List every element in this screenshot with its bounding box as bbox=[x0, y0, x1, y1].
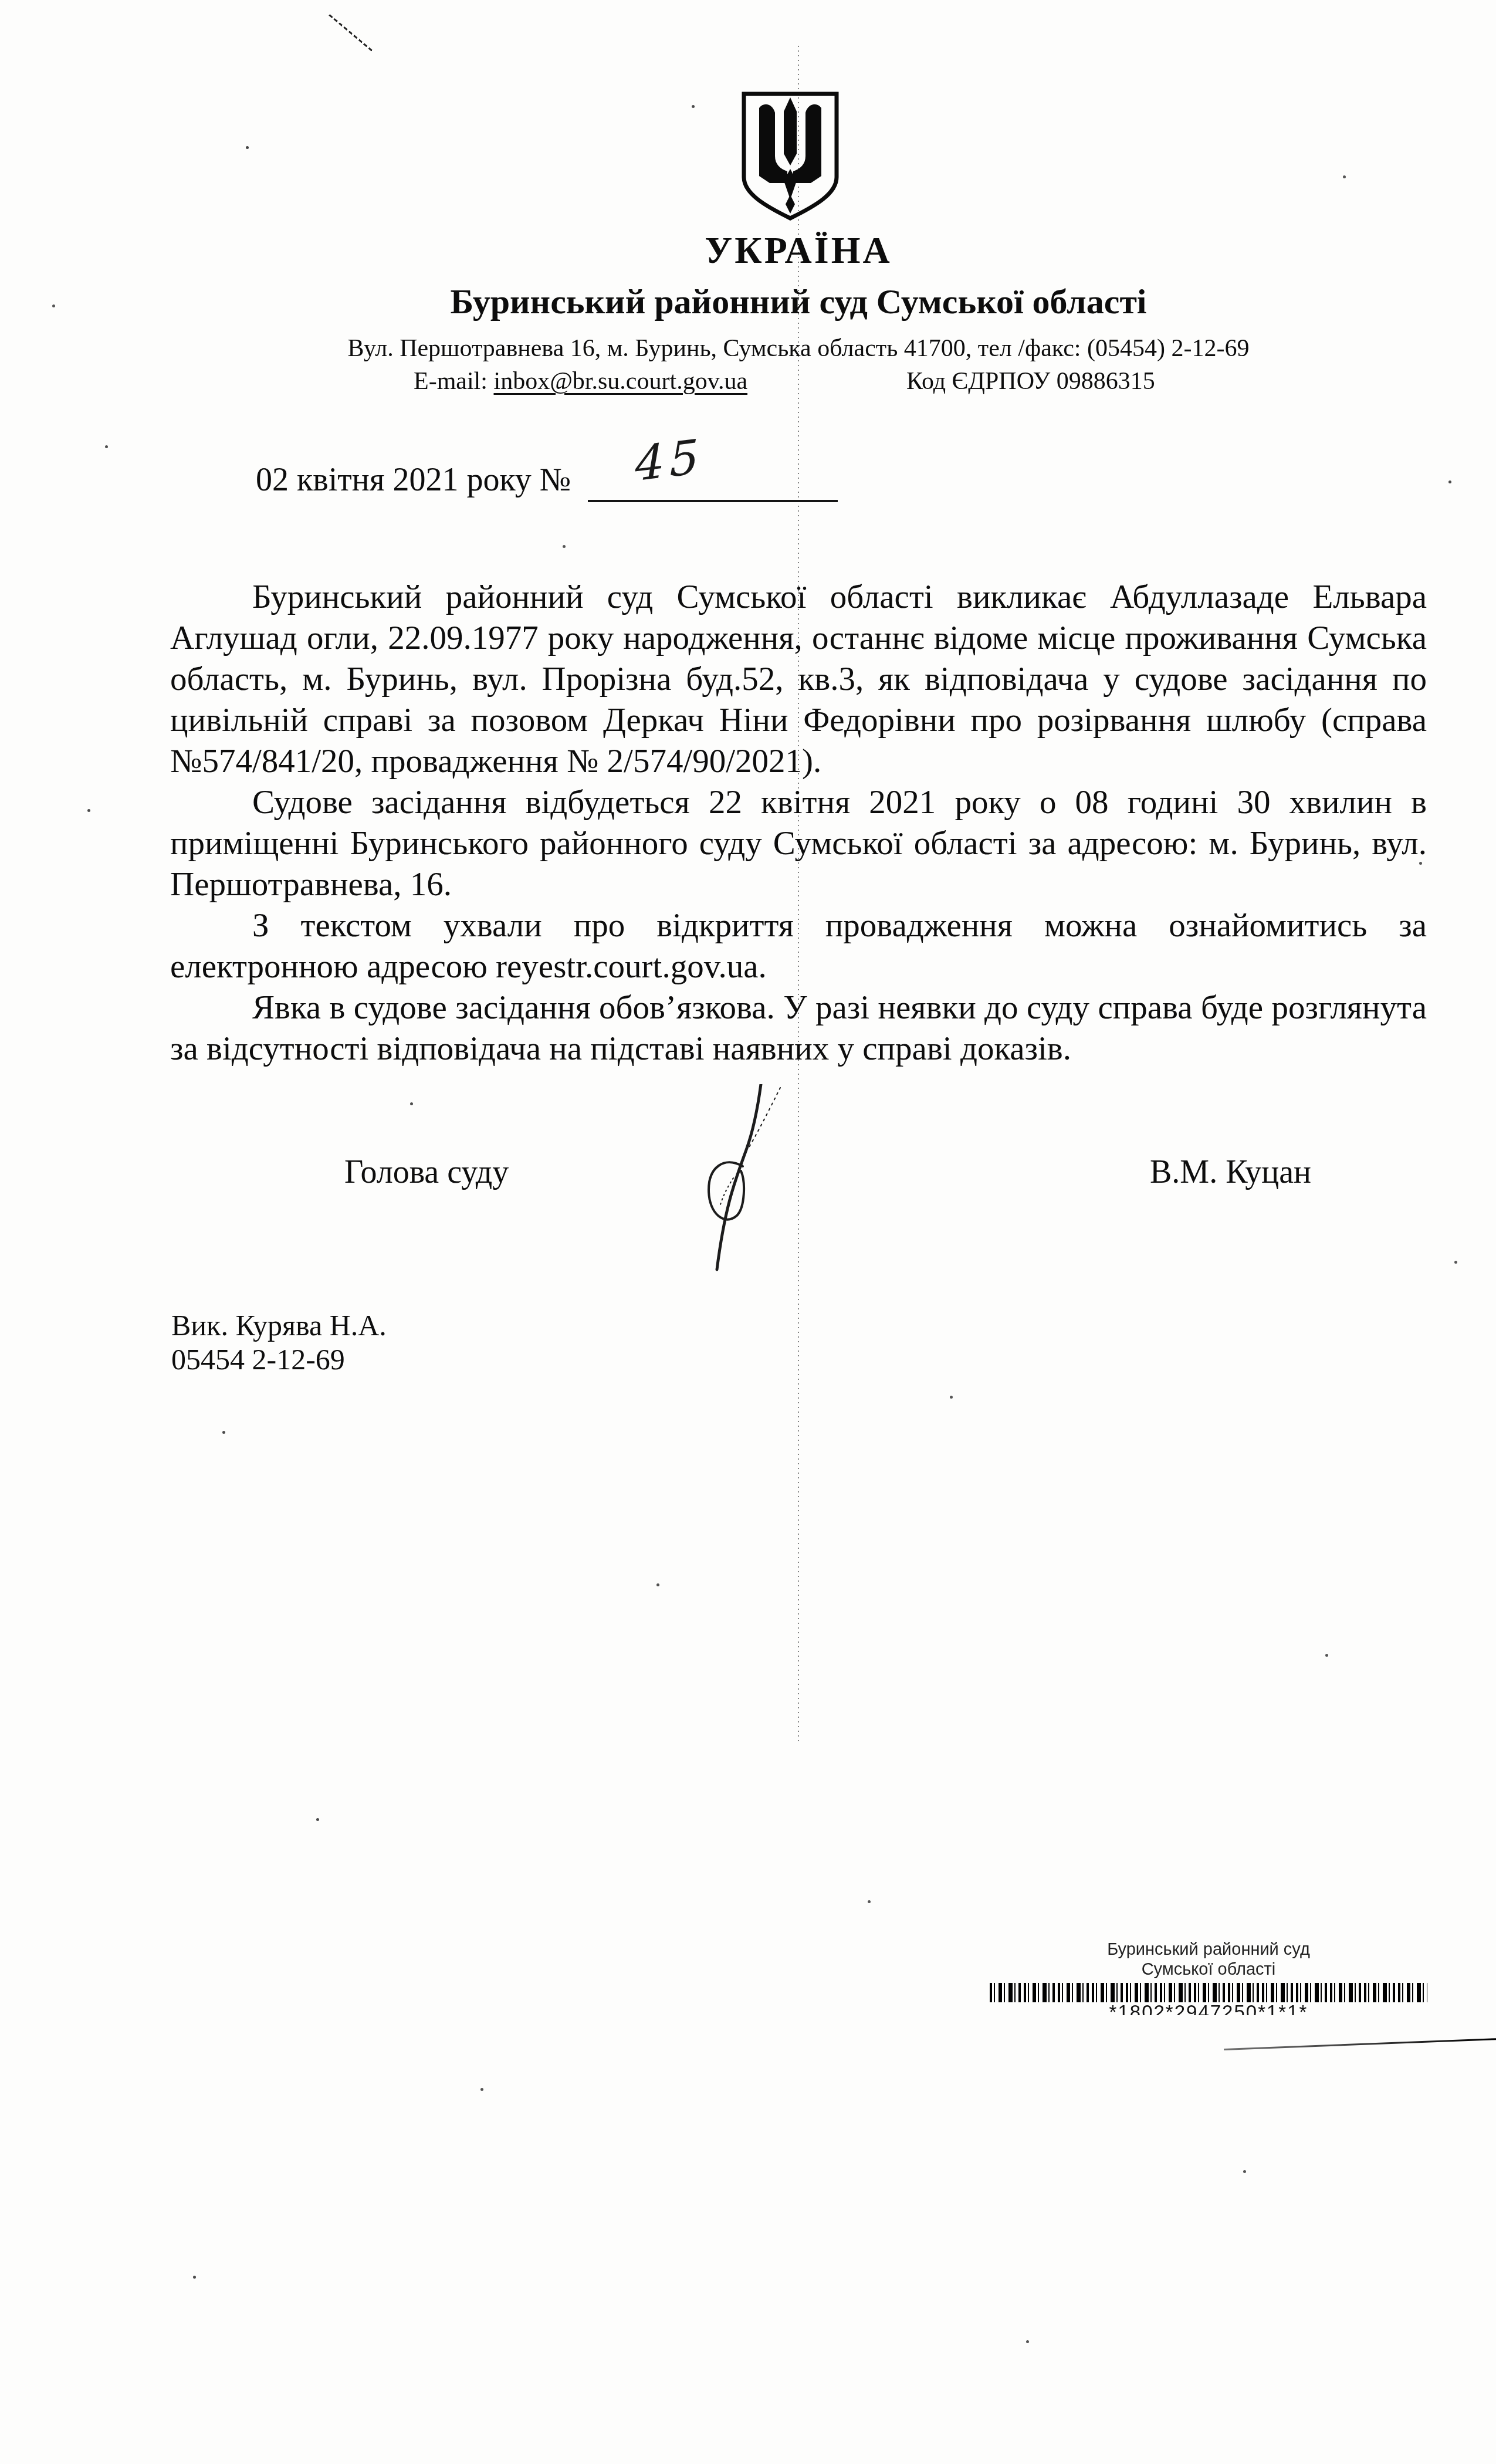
stamp-court-line1: Буринський районний суд bbox=[990, 1940, 1427, 1959]
scan-artifact-diagonal-top bbox=[329, 14, 373, 52]
barcode-number: *1802*2947250*1*1* bbox=[990, 2002, 1427, 2015]
barcode bbox=[990, 1983, 1427, 2002]
ukraine-trident-emblem bbox=[736, 88, 845, 223]
country-title: УКРАЇНА bbox=[170, 229, 1427, 272]
scan-noise-specks bbox=[0, 0, 2, 2]
paragraph-summons: Буринський районний суд Сумської області… bbox=[170, 577, 1427, 782]
signatory-name: В.М. Куцан bbox=[1150, 1153, 1311, 1191]
paragraph-attendance: Явка в судове засідання обов’язкова. У р… bbox=[170, 987, 1427, 1069]
court-address: Вул. Першотравнева 16, м. Буринь, Сумськ… bbox=[170, 334, 1427, 363]
handwritten-outgoing-number: 45 bbox=[635, 429, 705, 492]
scanned-court-letter: УКРАЇНА Буринський районний суд Сумської… bbox=[0, 0, 1496, 2464]
scan-artifact-diagonal-bottom bbox=[1224, 2038, 1496, 2050]
email-address: inbox@br.su.court.gov.ua bbox=[493, 368, 747, 395]
stamp-court-line2: Сумської області bbox=[990, 1959, 1427, 1979]
registration-stamp: Буринський районний суд Сумської області… bbox=[990, 1940, 1427, 2015]
letter-body: Буринський районний суд Сумської області… bbox=[170, 577, 1427, 1069]
paragraph-hearing: Судове засідання відбудеться 22 квітня 2… bbox=[170, 782, 1427, 905]
court-name: Буринський районний суд Сумської області bbox=[170, 282, 1427, 322]
date-line: 02 квітня 2021 року № bbox=[256, 461, 571, 499]
executor-block: Вик. Курява Н.А. 05454 2-12-69 bbox=[171, 1308, 387, 1376]
signatory-position: Голова суду bbox=[344, 1153, 509, 1191]
executor-name: Вик. Курява Н.А. bbox=[171, 1308, 387, 1342]
email-line: E-mail: inbox@br.su.court.gov.ua bbox=[414, 367, 747, 395]
edrpou-code: Код ЄДРПОУ 09886315 bbox=[906, 367, 1155, 395]
number-underline bbox=[588, 468, 838, 502]
email-label: E-mail: bbox=[414, 368, 488, 395]
paragraph-register: З текстом ухвали про відкриття проваджен… bbox=[170, 905, 1427, 987]
executor-phone: 05454 2-12-69 bbox=[171, 1342, 387, 1376]
signature-scribble bbox=[675, 1084, 792, 1278]
